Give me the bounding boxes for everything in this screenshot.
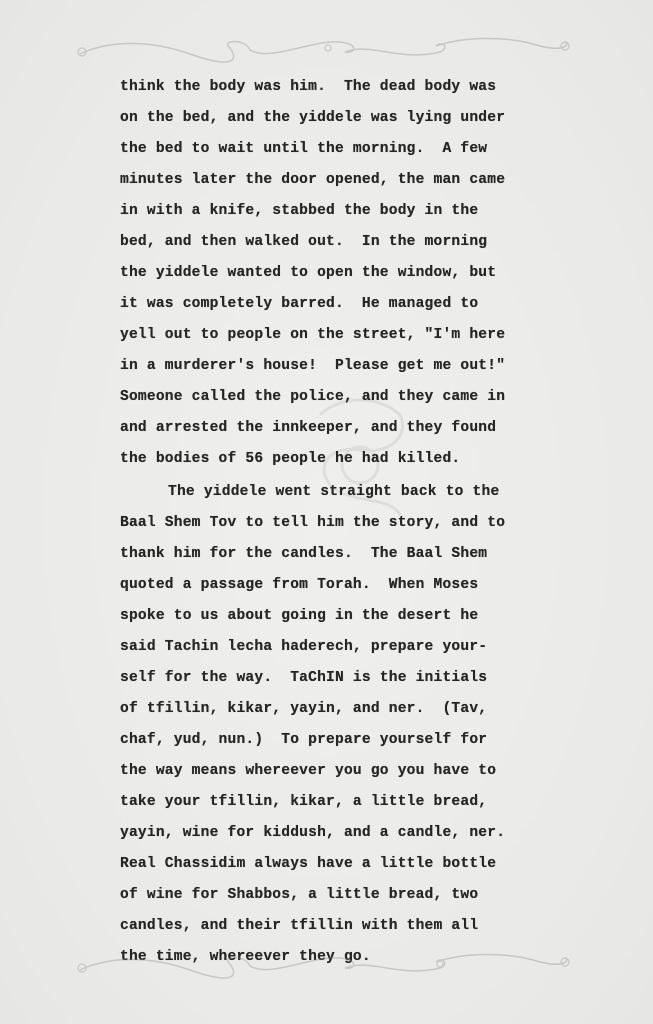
text-line: Someone called the police, and they came…	[120, 382, 540, 413]
bottom-scroll-ornament-icon	[70, 948, 590, 988]
text-line: in a murderer's house! Please get me out…	[120, 351, 540, 382]
text-line: of wine for Shabbos, a little bread, two	[120, 880, 540, 911]
text-line: spoke to us about going in the desert he	[120, 601, 540, 632]
text-line: Real Chassidim always have a little bott…	[120, 849, 540, 880]
text-line: the bodies of 56 people he had killed.	[120, 444, 540, 475]
text-line: think the body was him. The dead body wa…	[120, 72, 540, 103]
text-line: thank him for the candles. The Baal Shem	[120, 539, 540, 570]
text-line: the bed to wait until the morning. A few	[120, 134, 540, 165]
paragraph-2: The yiddele went straight back to the Ba…	[120, 477, 540, 973]
text-line: and arrested the innkeeper, and they fou…	[120, 413, 540, 444]
scanned-page: think the body was him. The dead body wa…	[0, 0, 653, 1024]
text-line: self for the way. TaChIN is the initials	[120, 663, 540, 694]
text-line: said Tachin lecha haderech, prepare your…	[120, 632, 540, 663]
paragraph-1: think the body was him. The dead body wa…	[120, 72, 540, 475]
text-line: Baal Shem Tov to tell him the story, and…	[120, 508, 540, 539]
text-line: the yiddele wanted to open the window, b…	[120, 258, 540, 289]
text-line: in with a knife, stabbed the body in the	[120, 196, 540, 227]
text-line: quoted a passage from Torah. When Moses	[120, 570, 540, 601]
text-line: of tfillin, kikar, yayin, and ner. (Tav,	[120, 694, 540, 725]
text-line: the way means whereever you go you have …	[120, 756, 540, 787]
text-line: on the bed, and the yiddele was lying un…	[120, 103, 540, 134]
text-line: yayin, wine for kiddush, and a candle, n…	[120, 818, 540, 849]
text-line: chaf, yud, nun.) To prepare yourself for	[120, 725, 540, 756]
body-text: think the body was him. The dead body wa…	[120, 72, 540, 973]
text-line: yell out to people on the street, "I'm h…	[120, 320, 540, 351]
text-line: candles, and their tfillin with them all	[120, 911, 540, 942]
text-line-indented: The yiddele went straight back to the	[120, 477, 540, 508]
text-line: bed, and then walked out. In the morning	[120, 227, 540, 258]
text-line: minutes later the door opened, the man c…	[120, 165, 540, 196]
text-line: take your tfillin, kikar, a little bread…	[120, 787, 540, 818]
text-line: it was completely barred. He managed to	[120, 289, 540, 320]
top-scroll-ornament-icon	[70, 32, 590, 72]
